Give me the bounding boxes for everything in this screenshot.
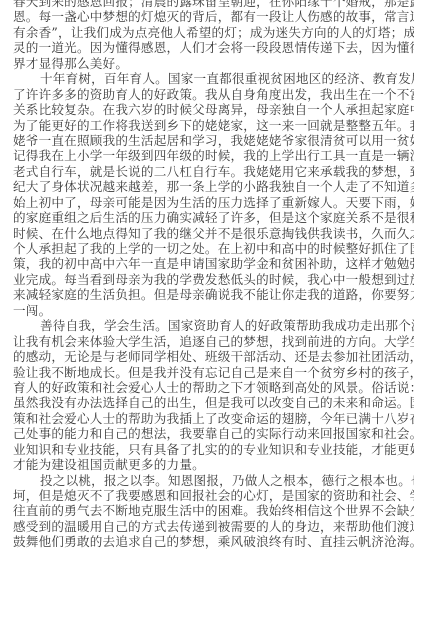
- text-line: 善待自我，学会生活。国家资助育人的好政策帮助我成功走出那个温馨又贫穷的村落，: [13, 318, 414, 333]
- text-line: 虽然我没有办法选择自己的出生，但是我可以改变自己的未来和命运。国家的资助育人的政: [13, 395, 414, 410]
- text-line: 纪大了身体状况越来越差，那一条上学的小路我独自一个人走了不知道多少次。眨眼间我开: [13, 179, 414, 194]
- paragraph-university-life: 善待自我，学会生活。国家资助育人的好政策帮助我成功走出那个温馨又贫穷的村落， 让…: [13, 318, 414, 472]
- text-line: 的感动，无论是与老师同学相处、班级干部活动、还是去参加社团活动，形形色色的生活体: [13, 349, 414, 364]
- text-line: 恩。每一盏心中梦想的灯熄灭的背后，都有一段让人伤感的故事，常言道：“赠人玫瑰，手: [13, 9, 414, 24]
- text-line: 育人的好政策和社会爱心人士的帮助之下才领略到高处的风景。俗话说：“吃水不忘挖井人…: [13, 380, 414, 395]
- text-line: 十年育树，百年育人。国家一直都很重视贫困地区的经济、教育发展和人才培养，推出: [13, 71, 414, 86]
- paragraph-education: 十年育树，百年育人。国家一直都很重视贫困地区的经济、教育发展和人才培养，推出 了…: [13, 71, 414, 318]
- text-line: 来减轻家庭的生活负担。但是母亲确说我不能让你走我的道路，你要努力读书往大城市去闯: [13, 287, 414, 302]
- text-line: 灵的一道光。因为懂得感恩，人们才会将一段段恩情传递下去，因为懂得知恩图报，这个世: [13, 40, 414, 55]
- text-line: 的家庭重组之后生活的压力确实减轻了许多，但是这个家庭关系不是很和谐。我不知道什么: [13, 210, 414, 225]
- text-line: 个人承担起了我的上学的一切之处。在上初中和高中的时候整好抓住了国家资助育人的好政: [13, 241, 414, 256]
- text-line: 鼓舞他们勇敢的去追求自己的梦想，乘风破浪终有时、直挂云帆济沧海。: [13, 534, 414, 549]
- text-line: 投之以桃，报之以李。知恩图报，乃做人之根本，德行之根本也。也许前方的路会很坎: [13, 473, 414, 488]
- text-line: 验让我不断地成长。但是我并没有忘记自己是来自一个贫穷乡村的孩子，我是靠着国家资助: [13, 365, 414, 380]
- text-line: 坷，但是熄灭不了我要感恩和回报社会的心灯，是国家的资助和社会、学校的关怀给了我一: [13, 488, 414, 503]
- text-line: 让我有机会来体验大学生活，追逐自己的梦想，找到前进的方向。大学生活带给我许许多多: [13, 334, 414, 349]
- paragraph-intro-continued: 春天到来的感恩回报；清晨的露珠留呈朝迎，在你阳缘十个婚戒，那是露珠对清晨未临的感…: [13, 0, 414, 71]
- text-line: 一闯。: [13, 303, 414, 318]
- text-line: 往直前的勇气去不断地克服生活中的困难。我始终相信这个世界不会缺少温暖，我会将自己: [13, 503, 414, 518]
- text-line: 策，我的初中高中六年一直是申请国家助学金和贫困补助，这样才勉勉强强把初中高中的学: [13, 256, 414, 271]
- text-line: 记得我在上小学一年级到四年级的时候，我的上学出行工具一直是一辆没有车篓满身红锈的: [13, 148, 414, 163]
- text-line: 关系比较复杂。在我六岁的时候父母离异，母亲独自一个人承担起家庭中的一切开支，母亲: [13, 102, 414, 117]
- paragraph-gratitude: 投之以桃，报之以李。知恩图报，乃做人之根本，德行之根本也。也许前方的路会很坎 坷…: [13, 473, 414, 550]
- text-line: 了许许多多的资助育人的好政策。我从自身角度出发，我出生在一个不富裕的家庭我的家庭: [13, 87, 414, 102]
- text-line: 为了能更好的工作将我送到乡下的姥姥家，这一来一回就是整整五年。我在乡下的时候姥姥: [13, 118, 414, 133]
- text-line: 春天到来的感恩回报；清晨的露珠留呈朝迎，在你阳缘十个婚戒，那是露珠对清晨未临的感: [13, 0, 414, 9]
- text-line: 姥爷一直在照顾我的生活起居和学习，我姥姥姥爷家很清贫可以用一贫如洗来形容，我一直: [13, 133, 414, 148]
- text-line: 业完成。每当看到母亲为我的学费发愁低头的时候，我心中一般想到过放弃读书早日去工作: [13, 272, 414, 287]
- document-page: 春天到来的感恩回报；清晨的露珠留呈朝迎，在你阳缘十个婚戒，那是露珠对清晨未临的感…: [13, 0, 414, 550]
- text-line: 老式自行车，就是长说的二八杠自行车。我姥姥用它来承载我的梦想，到了后来姥姥姥爷年: [13, 164, 414, 179]
- text-line: 时候、在什么地点得知了我的继父并不是很乐意掏钱供我读书，久而久之我的母亲又独自一: [13, 226, 414, 241]
- text-line: 策和社会爱心人士的帮助为我插上了改变命运的翅膀，今年已满十八岁在读大一，我有了自: [13, 411, 414, 426]
- text-line: 才能为建设祖国贡献更多的力量。: [13, 457, 414, 472]
- text-line: 感受到的温暖用自己的方式去传递到被需要的人的身边，来帮助他们渡过生活的艰难坎坷，: [13, 519, 414, 534]
- text-line: 有余香”，让我们成为点亮他人希望的灯；成为迷失方向的人的灯塔；成为唤醒他人沉睡心: [13, 25, 414, 40]
- text-line: 始上初中了，母亲可能是因为生活的压力选择了重新嫁人。天要下雨，娘要嫁人，虽然说我: [13, 195, 414, 210]
- text-line: 界才显得那么美好。: [13, 56, 414, 71]
- text-line: 业知识和专业技能，只有具备了扎实的的专业知识和专业技能，才能更好的回报国家和社会…: [13, 442, 414, 457]
- text-line: 己处事的能力和自己的想法，我要靠自己的实际行动来回报国家和社会。我会努力的学习专: [13, 426, 414, 441]
